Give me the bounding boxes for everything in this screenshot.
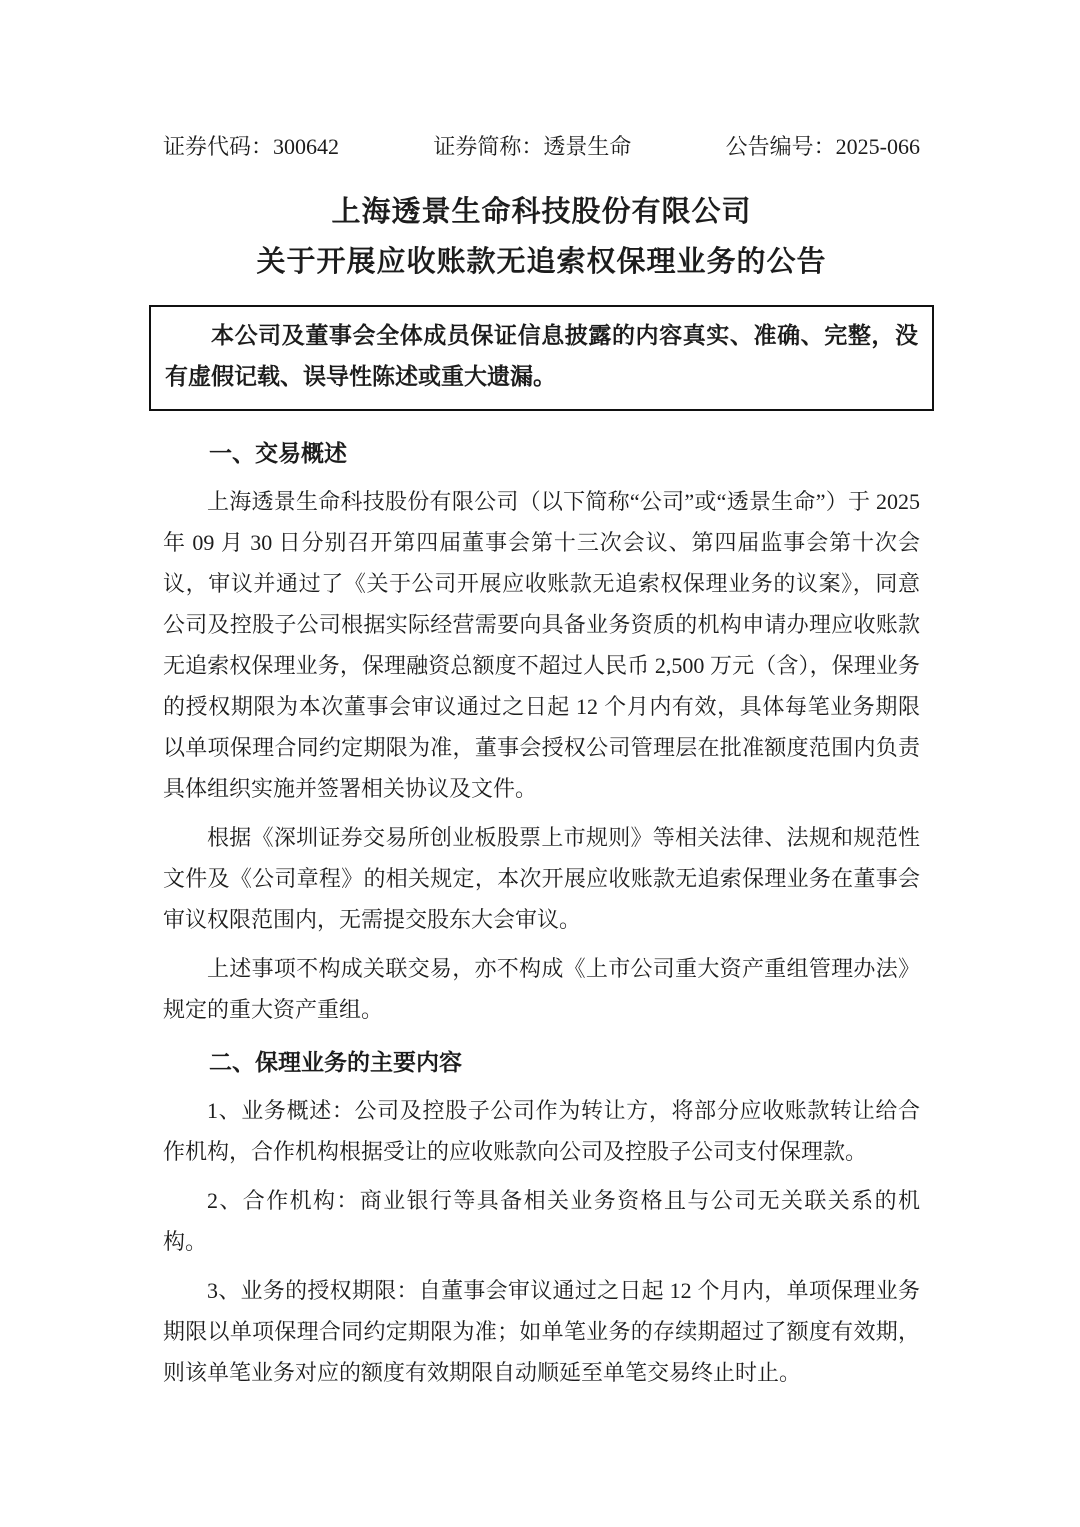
section-heading-factoring-main-content: 二、保理业务的主要内容 <box>163 1042 920 1083</box>
document-title: 上海透景生命科技股份有限公司 关于开展应收账款无追索权保理业务的公告 <box>163 187 920 287</box>
document-body: 一、交易概述 上海透景生命科技股份有限公司（以下简称“公司”或“透景生命”）于 … <box>163 433 920 1393</box>
paragraph-factoring-item-2: 2、合作机构：商业银行等具备相关业务资格且与公司无关联关系的机构。 <box>163 1180 920 1262</box>
stock-code: 证券代码：300642 <box>163 133 339 161</box>
paragraph-transaction-overview-2: 根据《深圳证券交易所创业板股票上市规则》等相关法律、法规和规范性文件及《公司章程… <box>163 817 920 940</box>
announcement-subject-title: 关于开展应收账款无追索权保理业务的公告 <box>163 237 920 287</box>
paragraph-factoring-item-3: 3、业务的授权期限：自董事会审议通过之日起 12 个月内，单项保理业务期限以单项… <box>163 1270 920 1393</box>
section-heading-transaction-overview: 一、交易概述 <box>163 433 920 474</box>
stock-abbreviation: 证券简称：透景生命 <box>433 133 631 161</box>
paragraph-factoring-item-1: 1、业务概述：公司及控股子公司作为转让方，将部分应收账款转让给合作机构，合作机构… <box>163 1090 920 1172</box>
document-header: 证券代码：300642 证券简称：透景生命 公告编号：2025-066 <box>163 133 920 161</box>
disclosure-notice-box: 本公司及董事会全体成员保证信息披露的内容真实、准确、完整，没有虚假记载、误导性陈… <box>149 305 934 411</box>
announcement-number: 公告编号：2025-066 <box>726 133 920 161</box>
company-name-title: 上海透景生命科技股份有限公司 <box>163 187 920 237</box>
disclosure-notice-text: 本公司及董事会全体成员保证信息披露的内容真实、准确、完整，没有虚假记载、误导性陈… <box>165 315 918 397</box>
paragraph-transaction-overview-3: 上述事项不构成关联交易，亦不构成《上市公司重大资产重组管理办法》规定的重大资产重… <box>163 948 920 1030</box>
announcement-page: 证券代码：300642 证券简称：透景生命 公告编号：2025-066 上海透景… <box>0 0 1080 1527</box>
paragraph-transaction-overview-1: 上海透景生命科技股份有限公司（以下简称“公司”或“透景生命”）于 2025 年 … <box>163 481 920 809</box>
